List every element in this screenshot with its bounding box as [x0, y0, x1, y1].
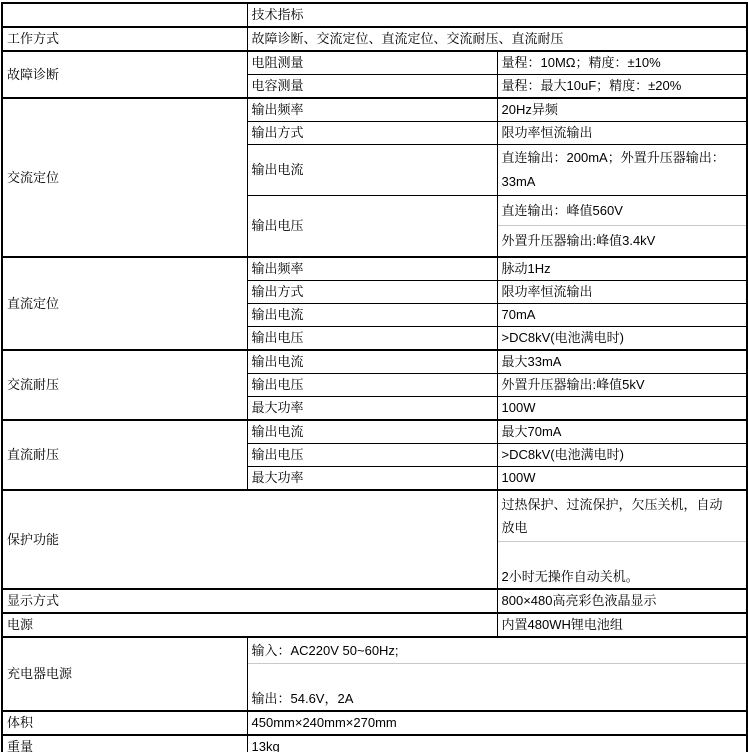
protection-line1: 过热保护、过流保护，欠压关机，自动	[502, 493, 743, 516]
value-dcw-power: 100W	[497, 467, 747, 491]
value-weight: 13kg	[247, 735, 747, 752]
param-acw-current: 输出电流	[247, 350, 497, 374]
row-charger: 充电器电源 输入：AC220V 50~60Hz; 输出：54.6V，2A	[2, 637, 747, 711]
value-work-mode: 故障诊断、交流定位、直流定位、交流耐压、直流耐压	[247, 27, 747, 51]
row-ac-withstand-1: 交流耐压 输出电流 最大33mA	[2, 350, 747, 374]
label-work-mode: 工作方式	[2, 27, 247, 51]
value-dc-mode: 限功率恒流输出	[497, 281, 747, 304]
value-volume: 450mm×240mm×270mm	[247, 711, 747, 735]
label-display: 显示方式	[2, 589, 497, 613]
label-power: 电源	[2, 613, 497, 637]
value-dc-freq: 脉动1Hz	[497, 257, 747, 281]
label-ac-locating: 交流定位	[2, 98, 247, 257]
value-charger: 输入：AC220V 50~60Hz; 输出：54.6V，2A	[247, 637, 747, 711]
param-ac-mode: 输出方式	[247, 122, 497, 145]
protection-note: 2小时无操作自动关机。	[502, 565, 743, 588]
label-volume: 体积	[2, 711, 247, 735]
charger-output: 输出：54.6V，2A	[252, 687, 743, 710]
value-power: 内置480WH锂电池组	[497, 613, 747, 637]
param-ac-freq: 输出频率	[247, 98, 497, 122]
param-dc-current: 输出电流	[247, 304, 497, 327]
value-resistance: 量程：10MΩ；精度：±10%	[497, 51, 747, 75]
label-dc-withstand: 直流耐压	[2, 420, 247, 490]
row-power: 电源 内置480WH锂电池组	[2, 613, 747, 637]
row-weight: 重量 13kg	[2, 735, 747, 752]
param-ac-voltage: 输出电压	[247, 196, 497, 258]
value-ac-mode: 限功率恒流输出	[497, 122, 747, 145]
row-dc-withstand-1: 直流耐压 输出电流 最大70mA	[2, 420, 747, 444]
label-dc-locating: 直流定位	[2, 257, 247, 350]
value-acw-current: 最大33mA	[497, 350, 747, 374]
label-fault-diagnosis: 故障诊断	[2, 51, 247, 98]
value-dcw-current: 最大70mA	[497, 420, 747, 444]
row-fault-diagnosis-1: 故障诊断 电阻测量 量程：10MΩ；精度：±10%	[2, 51, 747, 75]
value-protection: 过热保护、过流保护，欠压关机，自动 放电 2小时无操作自动关机。	[497, 490, 747, 589]
charger-output-block: 输出：54.6V，2A	[248, 664, 747, 710]
value-display: 800×480高亮彩色液晶显示	[497, 589, 747, 613]
value-ac-freq: 20Hz异频	[497, 98, 747, 122]
row-volume: 体积 450mm×240mm×270mm	[2, 711, 747, 735]
value-ac-voltage-direct: 直连输出：峰值560V	[498, 196, 747, 226]
param-dc-voltage: 输出电压	[247, 327, 497, 351]
row-work-mode: 工作方式 故障诊断、交流定位、直流定位、交流耐压、直流耐压	[2, 27, 747, 51]
param-resistance: 电阻测量	[247, 51, 497, 75]
value-dcw-voltage: >DC8kV(电池满电时)	[497, 444, 747, 467]
param-dc-freq: 输出频率	[247, 257, 497, 281]
param-acw-power: 最大功率	[247, 397, 497, 421]
param-dc-mode: 输出方式	[247, 281, 497, 304]
value-ac-current-line2: 33mA	[502, 170, 743, 194]
param-acw-voltage: 输出电压	[247, 374, 497, 397]
value-ac-current: 直连输出：200mA；外置升压器输出： 33mA	[497, 145, 747, 196]
protection-note-block: 2小时无操作自动关机。	[498, 542, 747, 588]
value-ac-current-line1: 直连输出：200mA；外置升压器输出：	[502, 146, 743, 170]
label-protection: 保护功能	[2, 490, 497, 589]
param-dcw-voltage: 输出电压	[247, 444, 497, 467]
row-ac-locating-1: 交流定位 输出频率 20Hz异频	[2, 98, 747, 122]
protection-text: 过热保护、过流保护，欠压关机，自动 放电	[498, 491, 747, 542]
charger-blank-line	[252, 664, 743, 687]
label-charger: 充电器电源	[2, 637, 247, 711]
value-capacitance: 量程：最大10uF；精度：±20%	[497, 75, 747, 99]
protection-blank-line	[502, 542, 743, 565]
param-capacitance: 电容测量	[247, 75, 497, 99]
header-empty-cell	[2, 3, 247, 27]
param-ac-current: 输出电流	[247, 145, 497, 196]
row-display: 显示方式 800×480高亮彩色液晶显示	[2, 589, 747, 613]
spec-table: 技术指标 工作方式 故障诊断、交流定位、直流定位、交流耐压、直流耐压 故障诊断 …	[1, 2, 748, 752]
row-header: 技术指标	[2, 3, 747, 27]
param-dcw-power: 最大功率	[247, 467, 497, 491]
value-dc-current: 70mA	[497, 304, 747, 327]
row-dc-locating-1: 直流定位 输出频率 脉动1Hz	[2, 257, 747, 281]
value-acw-power: 100W	[497, 397, 747, 421]
value-dc-voltage: >DC8kV(电池满电时)	[497, 327, 747, 351]
protection-line2: 放电	[502, 516, 743, 539]
value-ac-voltage: 直连输出：峰值560V 外置升压器输出:峰值3.4kV	[497, 196, 747, 258]
row-protection: 保护功能 过热保护、过流保护，欠压关机，自动 放电 2小时无操作自动关机。	[2, 490, 747, 589]
value-ac-voltage-booster: 外置升压器输出:峰值3.4kV	[498, 226, 747, 256]
charger-input: 输入：AC220V 50~60Hz;	[248, 638, 747, 664]
param-dcw-current: 输出电流	[247, 420, 497, 444]
value-acw-voltage: 外置升压器输出:峰值5kV	[497, 374, 747, 397]
header-title: 技术指标	[247, 3, 747, 27]
label-ac-withstand: 交流耐压	[2, 350, 247, 420]
label-weight: 重量	[2, 735, 247, 752]
